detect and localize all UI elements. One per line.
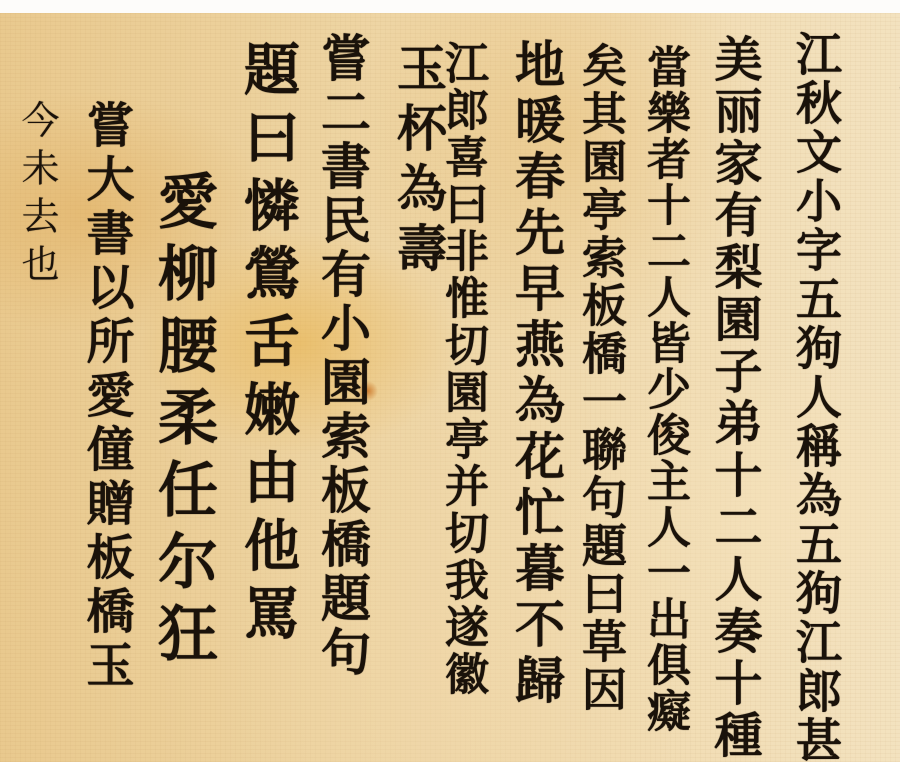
top-white-strip bbox=[0, 0, 900, 13]
calligraphy-column-3: 當樂者十二人皆少俊主人一出俱癡 bbox=[632, 44, 696, 734]
calligraphy-column-7: 玉杯為壽 bbox=[382, 42, 454, 282]
calligraphy-column-1: 江秋文小字五狗人稱為五狗江郎甚 bbox=[783, 30, 849, 762]
calligraphy-edge-fragment: 丿 bbox=[880, 50, 900, 90]
calligraphy-column-8: 嘗二書民有小園索板橋題句 bbox=[306, 32, 378, 680]
calligraphy-column-5: 地暖春先早燕為花忙暮不歸 bbox=[500, 38, 572, 710]
calligraphy-column-9: 題曰憐鶯舌嫩由他罵 bbox=[228, 40, 308, 652]
calligraphy-column-4: 矣其園亭索板橋一聯句題曰草因 bbox=[568, 42, 633, 714]
calligraphy-column-10: 愛柳腰柔任尔狂 bbox=[140, 170, 226, 674]
calligraphy-column-11: 嘗大書以所愛僮贈板橋玉 bbox=[72, 100, 141, 694]
calligraphy-column-2: 美丽家有梨園子弟十二人奏十種 bbox=[700, 34, 769, 762]
calligraphy-column-12: 今未去也 bbox=[10, 100, 65, 292]
